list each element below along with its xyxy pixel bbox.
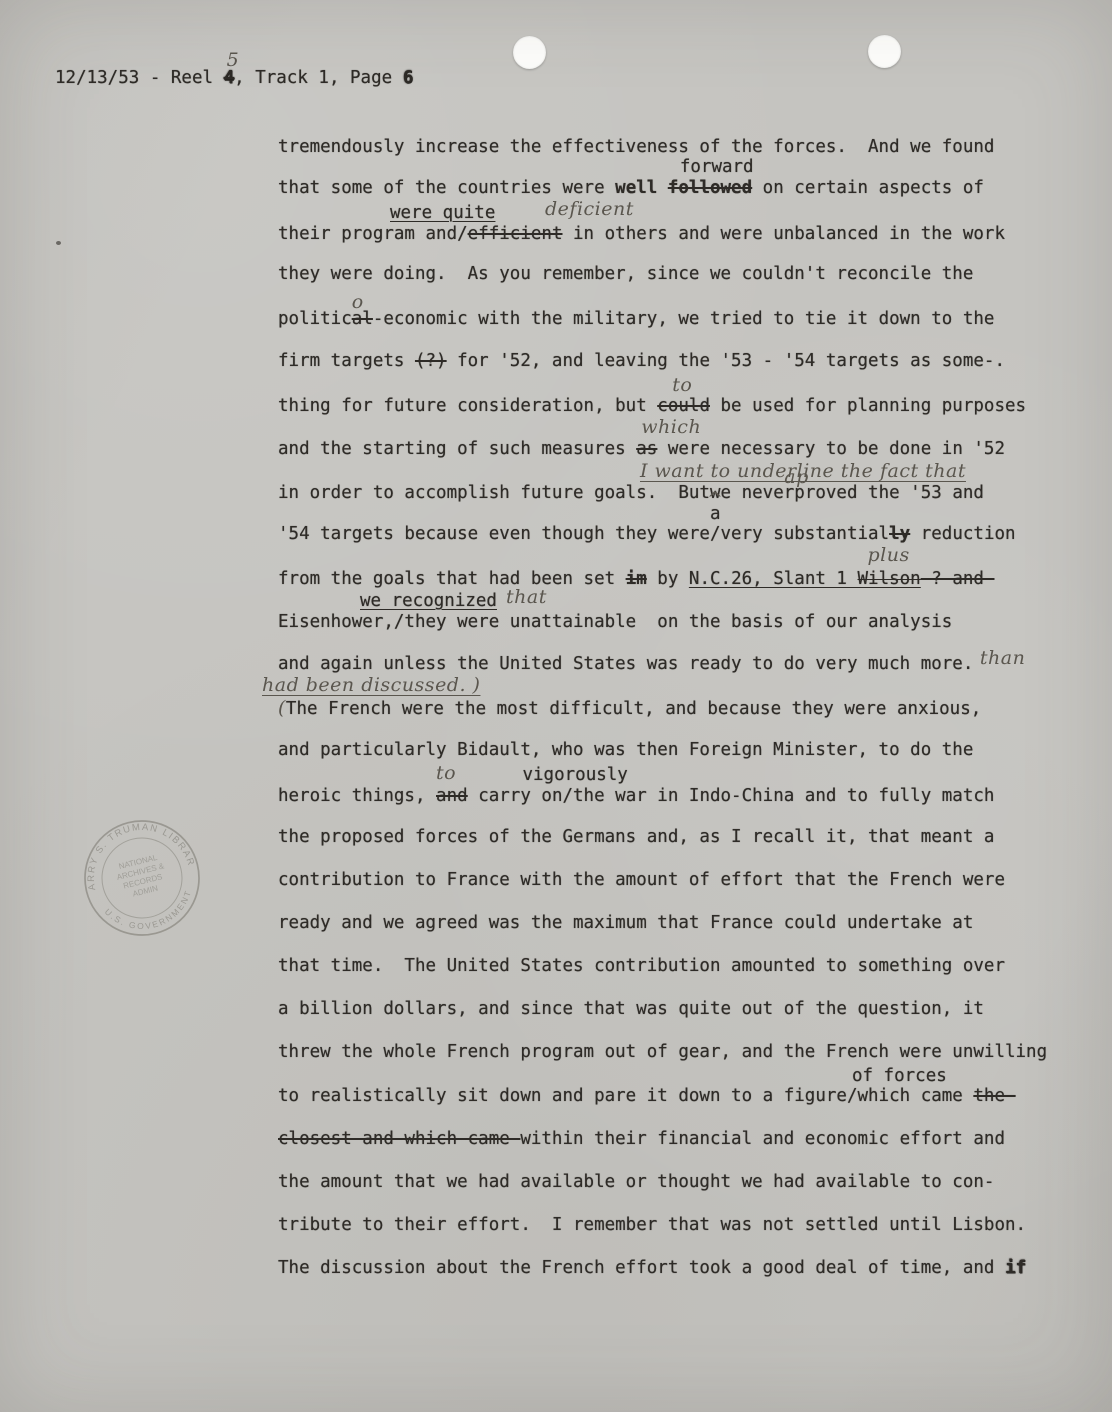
typed-line: tremendously increase the effectiveness …: [278, 137, 994, 157]
typed-line: closest and which came within their fina…: [278, 1129, 1005, 1149]
typed-text: from the goals that had been set: [278, 569, 626, 589]
typed-line: the proposed forces of the Germans and, …: [278, 827, 994, 847]
strikethrough-text: 4: [224, 68, 235, 88]
typed-text: a billion dollars, and since that was qu…: [278, 999, 984, 1019]
typed-text: carry on: [468, 786, 563, 806]
typed-text: /which came: [847, 1086, 973, 1106]
typed-line: thing for future consideration, but toco…: [278, 394, 1026, 416]
typed-text: that some of the countries were: [278, 178, 615, 198]
page-header: 12/13/53 - Reel 54, Track 1, Page 6: [55, 66, 413, 88]
typed-text: 12/13/53 - Reel: [55, 68, 224, 88]
strikethrough-text: could: [657, 396, 710, 416]
typed-text: within their financial and economic effo…: [520, 1129, 1005, 1149]
typed-line: from the goals that had been set im by N…: [278, 567, 994, 589]
typed-line: threw the whole French program out of ge…: [278, 1042, 1047, 1062]
typed-text: be used for planning purposes: [710, 396, 1026, 416]
typed-text: '54 targets because even though they wer…: [278, 524, 710, 544]
typed-line: that time. The United States contributio…: [278, 956, 1005, 976]
typed-line: '54 targets because even though they wer…: [278, 524, 1016, 544]
strikethrough-text: ly: [889, 524, 910, 544]
typed-text: their program and/: [278, 224, 468, 244]
typed-line: we recognizedthatEisenhower,/they were u…: [278, 610, 952, 632]
typed-text: were necessary to be done in '52: [657, 439, 1005, 459]
document-page: 12/13/53 - Reel 54, Track 1, Page 6treme…: [0, 0, 1112, 1412]
strikethrough-text: as: [636, 439, 657, 459]
typed-text: on certain aspects of: [752, 178, 984, 198]
ink-speck: [56, 241, 61, 245]
typed-text: tribute to their effort. I remember that…: [278, 1215, 1026, 1235]
typed-line: had been discussed. )(The French were th…: [278, 697, 981, 719]
strikethrough-text: im: [626, 569, 647, 589]
typed-line: they were doing. As you remember, since …: [278, 264, 973, 284]
typed-line: and the starting of such measures whicha…: [278, 437, 1005, 459]
typed-line: a billion dollars, and since that was qu…: [278, 999, 984, 1019]
typed-text: 6: [403, 68, 414, 88]
typed-text: proved the '53 and: [794, 483, 984, 503]
handwritten-annotation: than: [973, 647, 1025, 669]
typed-text: , Track 1, Page: [234, 68, 403, 88]
typed-line: to realistically sit down and pare it do…: [278, 1086, 1016, 1106]
typed-line: the amount that we had available or thou…: [278, 1172, 994, 1192]
typed-text: well: [615, 178, 668, 198]
strikethrough-text: followed: [668, 178, 752, 198]
typed-text: and particularly Bidault, who was then F…: [278, 740, 973, 760]
typed-line: were quitedeficienttheir program and/eff…: [278, 222, 1005, 244]
typed-text: politic: [278, 309, 352, 329]
typed-line: and particularly Bidault, who was then F…: [278, 740, 973, 760]
typed-text: /the war in Indo-China and to fully matc…: [562, 786, 994, 806]
typed-text: the proposed forces of the Germans and, …: [278, 827, 994, 847]
typed-text: thing for future consideration, but: [278, 396, 657, 416]
strikethrough-text: (?): [415, 351, 447, 371]
typed-text: in order to accomplish future goals. But: [278, 483, 710, 503]
punch-hole-left: [513, 36, 546, 69]
strikethrough-text: the—: [973, 1086, 1015, 1106]
punch-hole-right: [868, 35, 901, 68]
typed-text: /very substantial: [710, 524, 889, 544]
typed-text: The French were the most difficult, and …: [286, 699, 981, 719]
typed-text: N.C.26, Slant 1: [689, 569, 858, 589]
typed-line: and again unless the United States was r…: [278, 652, 1025, 674]
typed-text: that time. The United States contributio…: [278, 956, 1005, 976]
typed-text: reduction: [910, 524, 1015, 544]
typed-text: heroic things,: [278, 786, 436, 806]
typed-line: tribute to their effort. I remember that…: [278, 1215, 1026, 1235]
typed-text: The discussion about the French effort t…: [278, 1258, 1005, 1278]
typed-text: ready and we agreed was the maximum that…: [278, 913, 973, 933]
strikethrough-text: ? and: [921, 569, 995, 589]
typed-line: The discussion about the French effort t…: [278, 1258, 1026, 1278]
typed-text: in others and were unbalanced in the wor…: [562, 224, 1005, 244]
typed-text: the amount that we had available or thou…: [278, 1172, 994, 1192]
strikethrough-text: efficient: [468, 224, 563, 244]
typed-line: politicoal-economic with the military, w…: [278, 307, 994, 329]
typed-line: that some of the countries were well for…: [278, 178, 984, 198]
typed-line: I want to underline the fact thatin orde…: [278, 481, 984, 503]
typed-text: and the starting of such measures: [278, 439, 636, 459]
strikethrough-text: closest and which came: [278, 1129, 520, 1149]
typed-text: by: [647, 569, 689, 589]
strikethrough-text: and: [436, 786, 468, 806]
typed-text: they were doing. As you remember, since …: [278, 264, 973, 284]
typed-text: firm targets: [278, 351, 415, 371]
typed-text: -economic with the military, we tried to…: [373, 309, 995, 329]
typed-text: contribution to France with the amount o…: [278, 870, 1005, 890]
handwritten-annotation: (: [278, 697, 286, 719]
typed-text: tremendously increase the effectiveness …: [278, 137, 994, 157]
typed-line: heroic things, toand carry onvigorously/…: [278, 784, 994, 806]
typed-text: and again unless the United States was r…: [278, 654, 973, 674]
typed-text: to realistically sit down and pare it do…: [278, 1086, 847, 1106]
typed-text: if: [1005, 1258, 1026, 1278]
typed-line: firm targets (?) for '52, and leaving th…: [278, 351, 1005, 371]
typed-line: contribution to France with the amount o…: [278, 870, 1005, 890]
strikethrough-text: Wilson: [858, 569, 921, 589]
typed-line: ready and we agreed was the maximum that…: [278, 913, 973, 933]
truman-library-stamp: HARRY S. TRUMAN LIBRARY U.S. GOVERNMENT …: [76, 808, 208, 948]
typed-text: Eisenhower,/they were unattainable on th…: [278, 612, 952, 632]
typed-text: threw the whole French program out of ge…: [278, 1042, 1047, 1062]
typed-text: for '52, and leaving the '53 - '54 targe…: [447, 351, 1005, 371]
